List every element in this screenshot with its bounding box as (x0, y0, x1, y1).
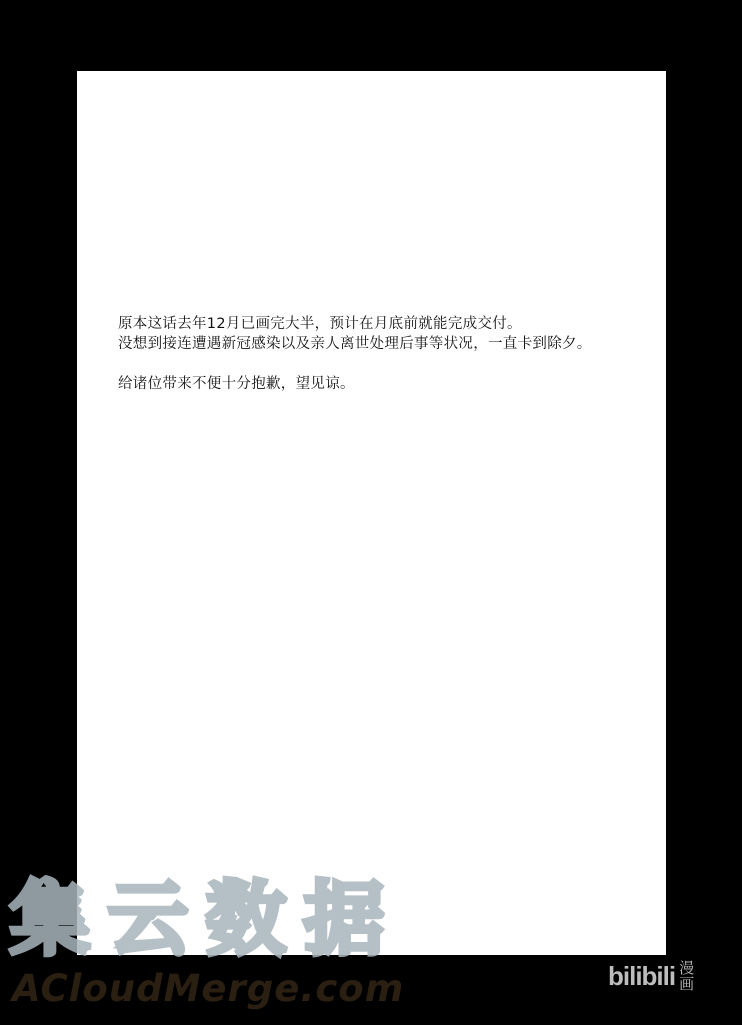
author-notice: 原本这话去年12月已画完大半，预计在月底前就能完成交付。 没想到接连遭遇新冠感染… (118, 314, 592, 394)
watermark-char: 数 (206, 880, 286, 960)
manhua-label: 漫 画 (679, 960, 694, 992)
manhua-char: 漫 (679, 960, 694, 976)
bilibili-logo-text: bilibili (608, 961, 675, 992)
watermark-english: ACloudMerge.com (12, 970, 404, 1007)
bilibili-manhua-logo: bilibili 漫 画 (608, 960, 694, 992)
watermark-char: 集 (10, 880, 90, 960)
manhua-char: 画 (679, 976, 694, 992)
paragraph-gap (118, 354, 592, 374)
watermark-char: 云 (108, 880, 188, 960)
notice-line-3: 给诸位带来不便十分抱歉，望见谅。 (118, 374, 592, 394)
notice-line-2: 没想到接连遭遇新冠感染以及亲人离世处理后事等状况，一直卡到除夕。 (118, 334, 592, 354)
watermark-chinese: 集 云 数 据 (10, 880, 384, 960)
watermark-char: 据 (304, 880, 384, 960)
notice-line-1: 原本这话去年12月已画完大半，预计在月底前就能完成交付。 (118, 314, 592, 334)
comic-page (77, 71, 666, 955)
